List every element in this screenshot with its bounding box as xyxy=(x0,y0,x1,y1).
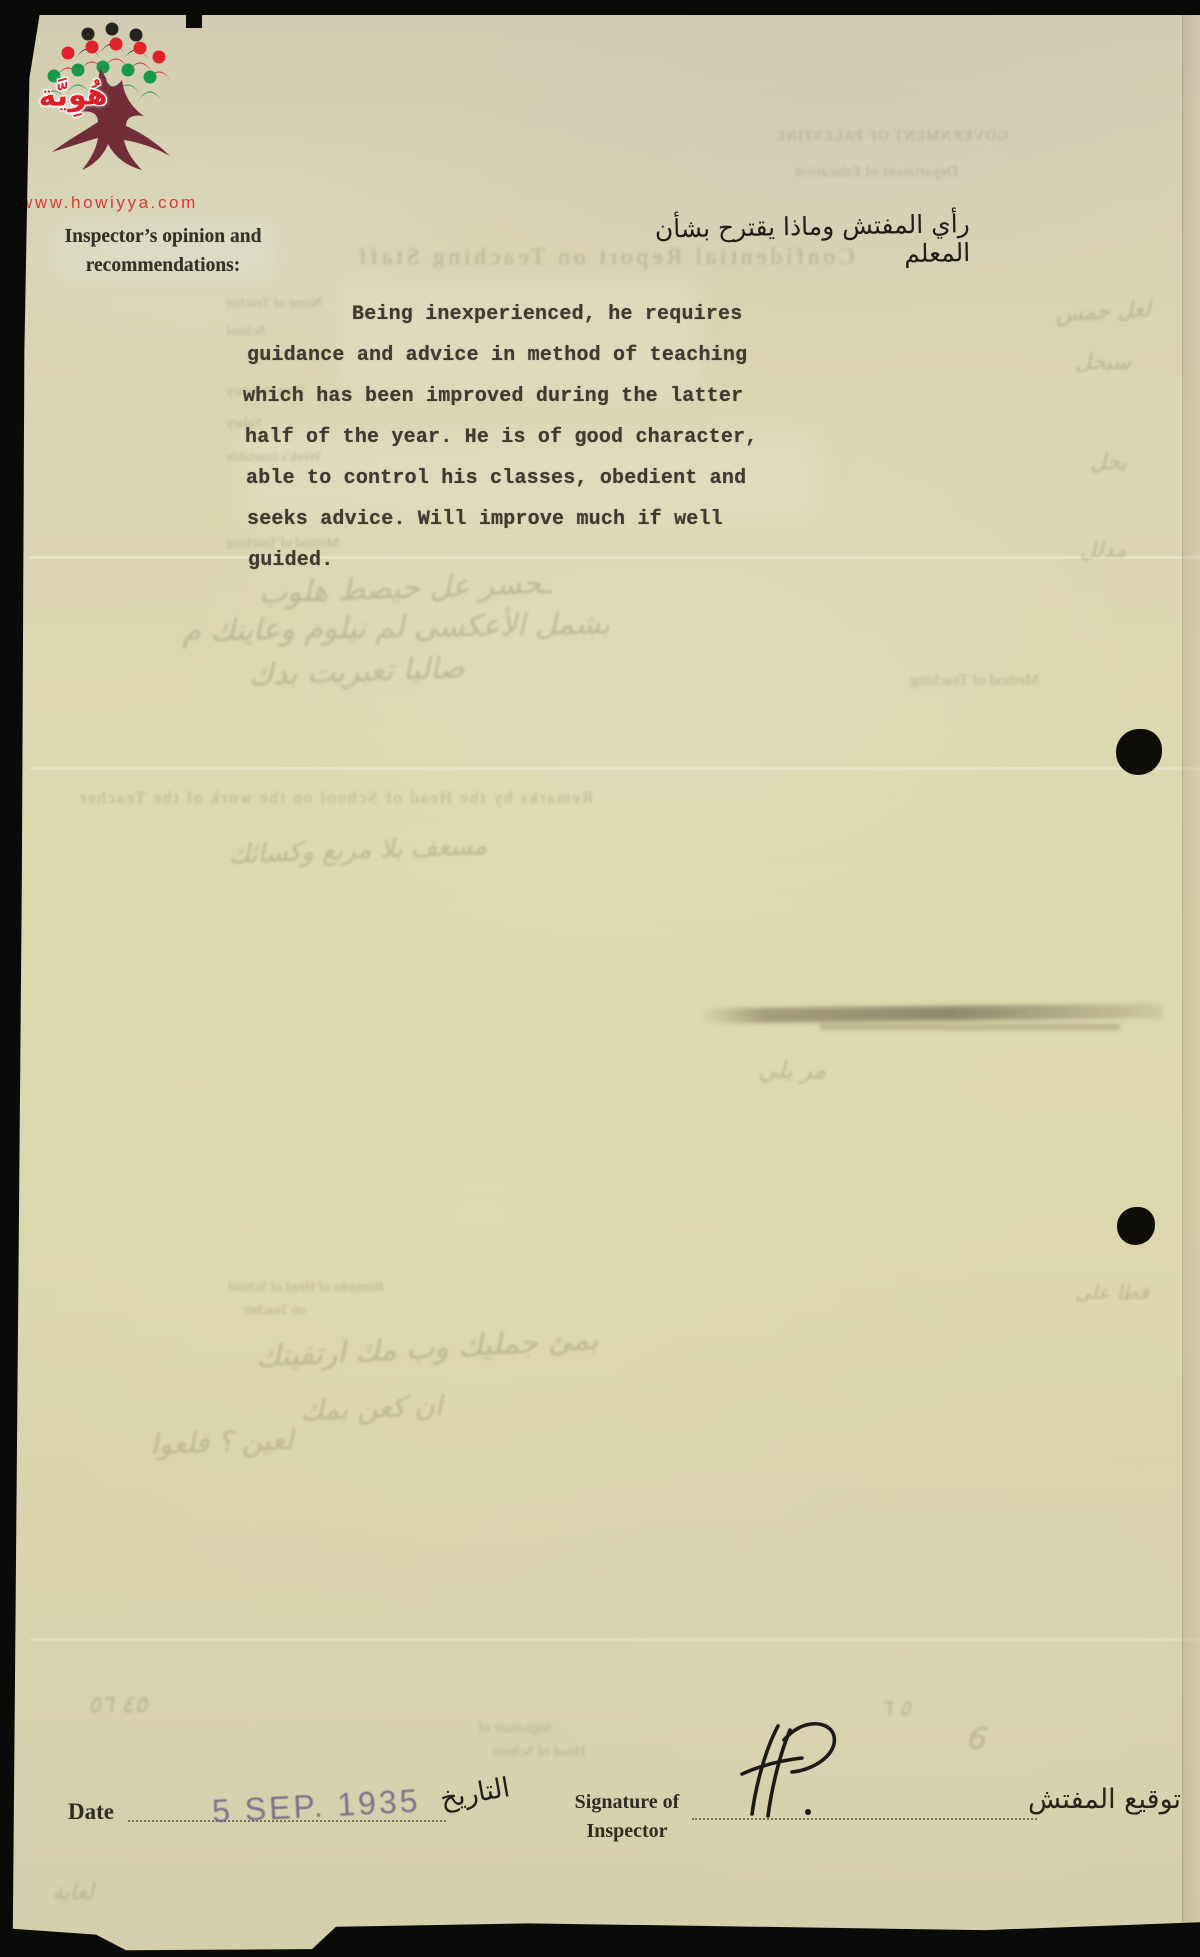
bleedthrough-text: on Teacher xyxy=(244,1303,305,1319)
bleedthrough-text: Remarks by the Head of School on the wor… xyxy=(78,788,593,808)
bleedthrough-text: GOVERNMENT OF PALESTINE xyxy=(775,128,1008,145)
pencil-handwriting: ٤٥ ٥٦ xyxy=(88,1690,147,1718)
pencil-handwriting: مدلل xyxy=(1080,538,1127,563)
pencil-handwriting: مر يلي xyxy=(758,1056,826,1084)
date-label: Date xyxy=(68,1799,114,1825)
pencil-handwriting: بحل xyxy=(1090,450,1127,475)
bleedthrough-text: Department of Education xyxy=(795,164,958,181)
typewritten-line: seeks advice. Will improve much if well xyxy=(247,508,723,531)
scan-edge-top xyxy=(0,0,1200,15)
signature-label-arabic: توقيع المفتش xyxy=(1028,1784,1181,1815)
signature-label-line1: Signature of xyxy=(552,1788,702,1817)
inspector-signature-ink xyxy=(718,1712,868,1827)
typewritten-line: Being inexperienced, he requires xyxy=(352,303,742,326)
watermark-url: www.howiyya.com xyxy=(20,193,198,213)
bleedthrough-text: Remarks of Head of School xyxy=(228,1280,384,1296)
bleedthrough-text: Name of Teacher xyxy=(226,296,322,312)
scanned-document-page: GOVERNMENT OF PALESTINEDepartment of Edu… xyxy=(0,0,1200,1957)
typewritten-line: half of the year. He is of good characte… xyxy=(245,426,757,449)
logo-arabic-calligraphy: هُوِيَّة xyxy=(17,76,128,115)
bleedthrough-text: Week's timetable xyxy=(226,450,321,466)
pencil-handwriting: لعل جمس xyxy=(1055,297,1152,327)
pencil-handwriting: فطا على xyxy=(1075,1280,1149,1304)
pencil-handwriting: لغاية xyxy=(52,1880,94,1905)
bleedthrough-text: School xyxy=(226,324,265,340)
typewritten-line: able to control his classes, obedient an… xyxy=(246,467,746,490)
scan-edge-right xyxy=(1182,14,1200,1957)
signature-label: Signature of Inspector xyxy=(552,1788,702,1846)
signature-label-line2: Inspector xyxy=(552,1817,702,1846)
typewritten-line: which has been improved during the latte… xyxy=(243,385,743,408)
typewritten-line: guidance and advice in method of teachin… xyxy=(247,344,747,367)
bleedthrough-text: Signature of xyxy=(478,1720,552,1737)
bleedthrough-text: Head of School xyxy=(492,1744,585,1761)
pencil-handwriting: ٥ ٦ xyxy=(880,1696,911,1721)
pencil-handwriting: ان كعن بمك xyxy=(300,1389,443,1427)
pencil-handwriting: بشمل الأعكسى لم نيلوم وعاينك م xyxy=(182,607,610,649)
scan-edge-tab xyxy=(186,15,202,28)
typewritten-line: guided. xyxy=(248,549,333,572)
heading-line1: Inspector’s opinion and xyxy=(38,222,288,251)
pencil-handwriting: لعين ؟ فلعوا xyxy=(150,1423,294,1461)
pencil-handwriting: سبحل xyxy=(1075,350,1131,375)
inspector-opinion-heading: Inspector’s opinion and recommendations: xyxy=(38,222,288,280)
bleedthrough-text: Method of Teaching xyxy=(910,672,1039,690)
heading-line2: recommendations: xyxy=(38,251,288,280)
inspector-opinion-heading-arabic: رأي المفتش وماذا يقترح بشأن المعلم xyxy=(630,209,971,273)
